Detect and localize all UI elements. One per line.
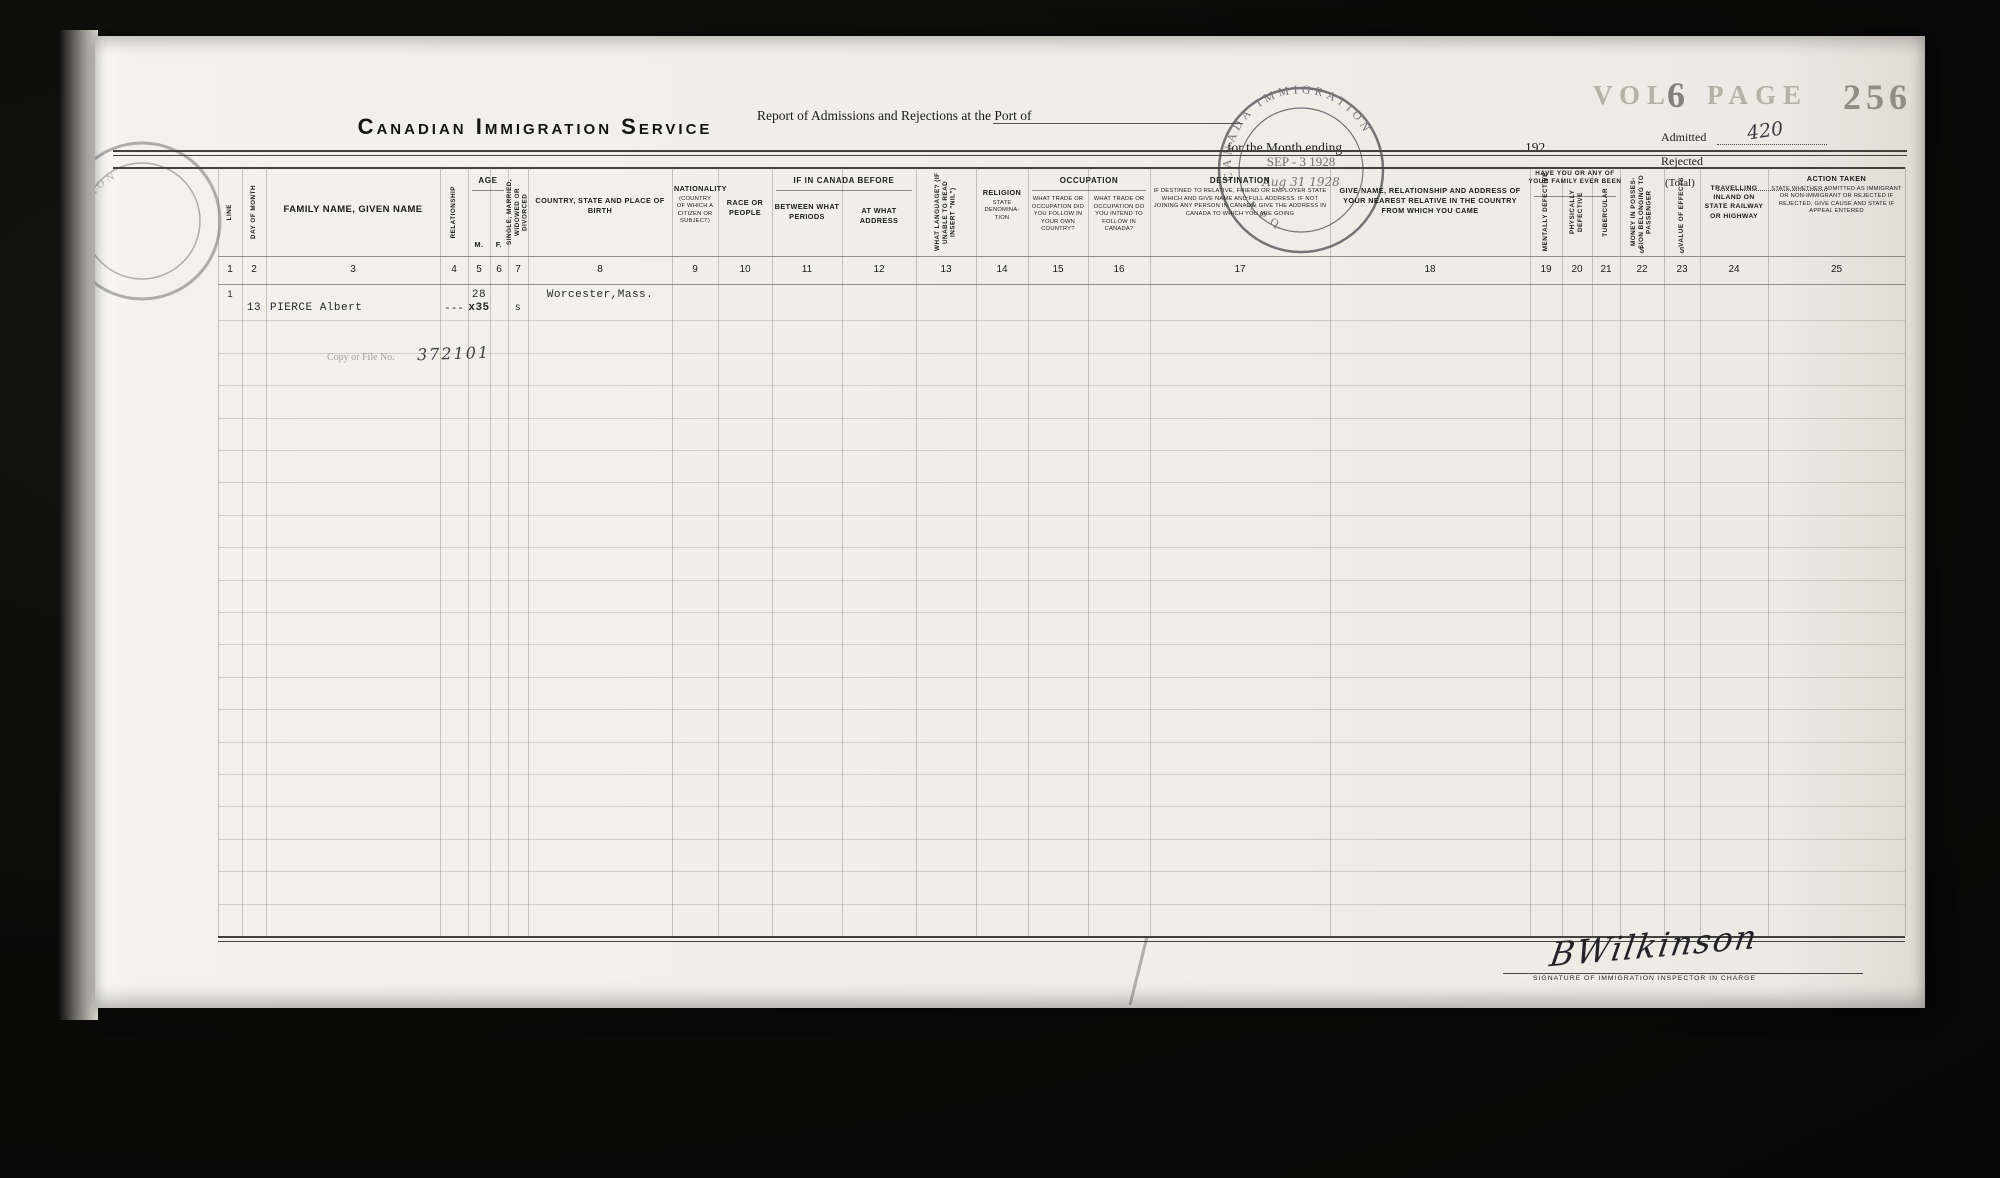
col-line — [1150, 167, 1151, 936]
col-header-q19: MENTALLY DEFECTIVE — [1530, 172, 1562, 252]
col-line — [976, 167, 977, 936]
col-line — [1620, 167, 1621, 936]
group-underline — [472, 190, 504, 191]
col-header-name: FAMILY NAME, GIVEN NAME — [268, 204, 438, 217]
manifest-table: AGEIF IN CANADA BEFOREOCCUPATIONDESTINAT… — [95, 36, 1925, 1008]
col-number-race: 10 — [718, 264, 772, 275]
col-line-end — [1905, 167, 1906, 936]
row-line — [218, 482, 1905, 483]
cell-n: 1 — [218, 289, 242, 300]
col-header-d: DAY OF MONTH — [242, 172, 266, 252]
col-line — [242, 167, 243, 936]
col-header-dest: IF DESTINED TO RELATIVE, FRIEND OR EMPLO… — [1152, 186, 1328, 218]
col-line — [1530, 167, 1531, 936]
col-header-p11: BETWEEN WHAT PERIODS — [774, 202, 840, 222]
row-line — [218, 839, 1905, 840]
col-number-lang: 13 — [916, 264, 976, 275]
col-line — [842, 167, 843, 936]
col-number-nat: 9 — [672, 264, 718, 275]
row-line — [218, 353, 1905, 354]
row-line — [218, 612, 1905, 613]
group-underline — [1032, 190, 1146, 191]
document-paper: GRATION Canadian Immigration Service Rep… — [95, 36, 1925, 1008]
col-header-p12: AT WHAT ADDRESS — [844, 206, 914, 226]
col-header-st: SINGLE, MARRIED, WIDOWED OR DIVORCED — [508, 172, 528, 252]
col-header-rlg: RELIGIONSTATE DENOMINA- TION — [978, 188, 1026, 222]
col-line — [468, 167, 469, 936]
col-line — [508, 167, 509, 936]
cell-d: 13 — [242, 302, 266, 314]
col-line — [490, 167, 491, 936]
col-line — [1700, 167, 1701, 936]
col-number-o15: 15 — [1028, 264, 1088, 275]
col-number-q20: 20 — [1562, 264, 1592, 275]
row-line — [218, 418, 1905, 419]
col-number-rail: 24 — [1700, 264, 1768, 275]
microfilm-background: GRATION Canadian Immigration Service Rep… — [0, 0, 2000, 1178]
group-header: DESTINATION — [1150, 176, 1330, 186]
cell-aM: 28 — [468, 289, 490, 301]
col-number-d: 2 — [242, 264, 266, 275]
col-header-aM: M. — [470, 240, 488, 250]
cell-b1: Worcester,Mass. — [528, 289, 672, 301]
cell-st: s — [508, 303, 528, 314]
col-header-race: RACE OR PEOPLE — [720, 198, 770, 218]
col-header-mon: MONEY IN POSSES- SION BELONGING TO PASSE… — [1620, 172, 1664, 252]
col-header-lang: WHAT LANGUAGE? (IF UNABLE TO READ INSERT… — [916, 172, 976, 252]
col-line — [1664, 167, 1665, 936]
col-number-rlg: 14 — [976, 264, 1028, 275]
row-line — [218, 742, 1905, 743]
col-number-name: 3 — [266, 264, 440, 275]
col-number-q21: 21 — [1592, 264, 1620, 275]
row-line — [218, 871, 1905, 872]
col-header-n: LINE — [218, 172, 242, 252]
col-number-n: 1 — [218, 264, 242, 275]
col-header-rel: RELATIONSHIP — [440, 172, 468, 252]
col-line — [916, 167, 917, 936]
col-header-rail: TRAVELLING INLAND ON STATE RAILWAY OR HI… — [1702, 184, 1766, 221]
signature-line — [1503, 972, 1863, 974]
col-unit-mon: $ — [1620, 246, 1664, 255]
col-line — [266, 167, 267, 936]
col-line — [528, 167, 529, 936]
col-header-o16: WHAT TRADE OR OCCUPATION DO YOU INTEND T… — [1090, 194, 1148, 234]
col-number-p12: 12 — [842, 264, 916, 275]
col-line — [1562, 167, 1563, 936]
table-top-rule — [113, 167, 1905, 169]
col-number-eff: 23 — [1664, 264, 1700, 275]
col-line — [672, 167, 673, 936]
col-header-b1: COUNTRY, STATE AND PLACE OF BIRTH — [530, 196, 670, 216]
signature-label: SIGNATURE OF IMMIGRATION INSPECTOR IN CH… — [1533, 975, 1756, 982]
row-line — [218, 515, 1905, 516]
row-line — [218, 806, 1905, 807]
cell-aM: x35 — [468, 302, 490, 314]
col-header-o15: WHAT TRADE OR OCCUPATION DID YOU FOLLOW … — [1030, 194, 1086, 234]
header-bottom-line — [218, 256, 1905, 257]
cell-rel: --- — [440, 303, 468, 315]
col-line — [1330, 167, 1331, 936]
number-row-line — [218, 284, 1905, 285]
col-number-a1: 25 — [1768, 264, 1905, 275]
col-number-rel: 4 — [440, 264, 468, 275]
row-line — [218, 385, 1905, 386]
row-line — [218, 709, 1905, 710]
col-header-r1: GIVE NAME, RELATIONSHIP AND ADDRESS OF Y… — [1332, 186, 1528, 216]
col-number-dest: 17 — [1150, 264, 1330, 275]
col-header-q21: TUBERCULAR — [1592, 172, 1620, 252]
group-header: IF IN CANADA BEFORE — [772, 176, 916, 186]
col-number-b1: 8 — [528, 264, 672, 275]
col-line — [1768, 167, 1769, 936]
group-underline — [776, 190, 912, 191]
group-header: AGE — [468, 176, 508, 186]
col-unit-eff: $ — [1664, 246, 1700, 255]
col-header-a1: ACTION TAKENSTATE WHETHER ADMITTED AS IM… — [1770, 174, 1903, 216]
col-number-o16: 16 — [1088, 264, 1150, 275]
row-line — [218, 580, 1905, 581]
row-line — [218, 644, 1905, 645]
row-line — [218, 677, 1905, 678]
col-number-p11: 11 — [772, 264, 842, 275]
col-line — [772, 167, 773, 936]
col-line — [440, 167, 441, 936]
col-header-q20: PHYSICALLY DEFECTIVE — [1562, 172, 1592, 252]
col-number-r1: 18 — [1330, 264, 1530, 275]
row-line — [218, 450, 1905, 451]
col-header-eff: VALUE OF EFFECTS — [1664, 172, 1700, 252]
row-line — [218, 904, 1905, 905]
cell-name: PIERCE Albert — [266, 302, 444, 314]
row-line — [218, 320, 1905, 321]
col-line — [1592, 167, 1593, 936]
col-header-nat: NATIONALITY(COUNTRY OF WHICH A CITIZEN O… — [674, 184, 716, 226]
film-edge — [58, 30, 98, 1020]
col-line — [1088, 167, 1089, 936]
col-number-aF: 6 — [490, 264, 508, 275]
col-line — [1028, 167, 1029, 936]
row-line — [218, 547, 1905, 548]
col-line — [718, 167, 719, 936]
col-number-st: 7 — [508, 264, 528, 275]
col-line — [218, 167, 219, 936]
col-number-q19: 19 — [1530, 264, 1562, 275]
col-header-aF: F. — [492, 240, 506, 250]
row-line — [218, 774, 1905, 775]
col-number-aM: 5 — [468, 264, 490, 275]
group-header: OCCUPATION — [1028, 176, 1150, 186]
col-number-mon: 22 — [1620, 264, 1664, 275]
